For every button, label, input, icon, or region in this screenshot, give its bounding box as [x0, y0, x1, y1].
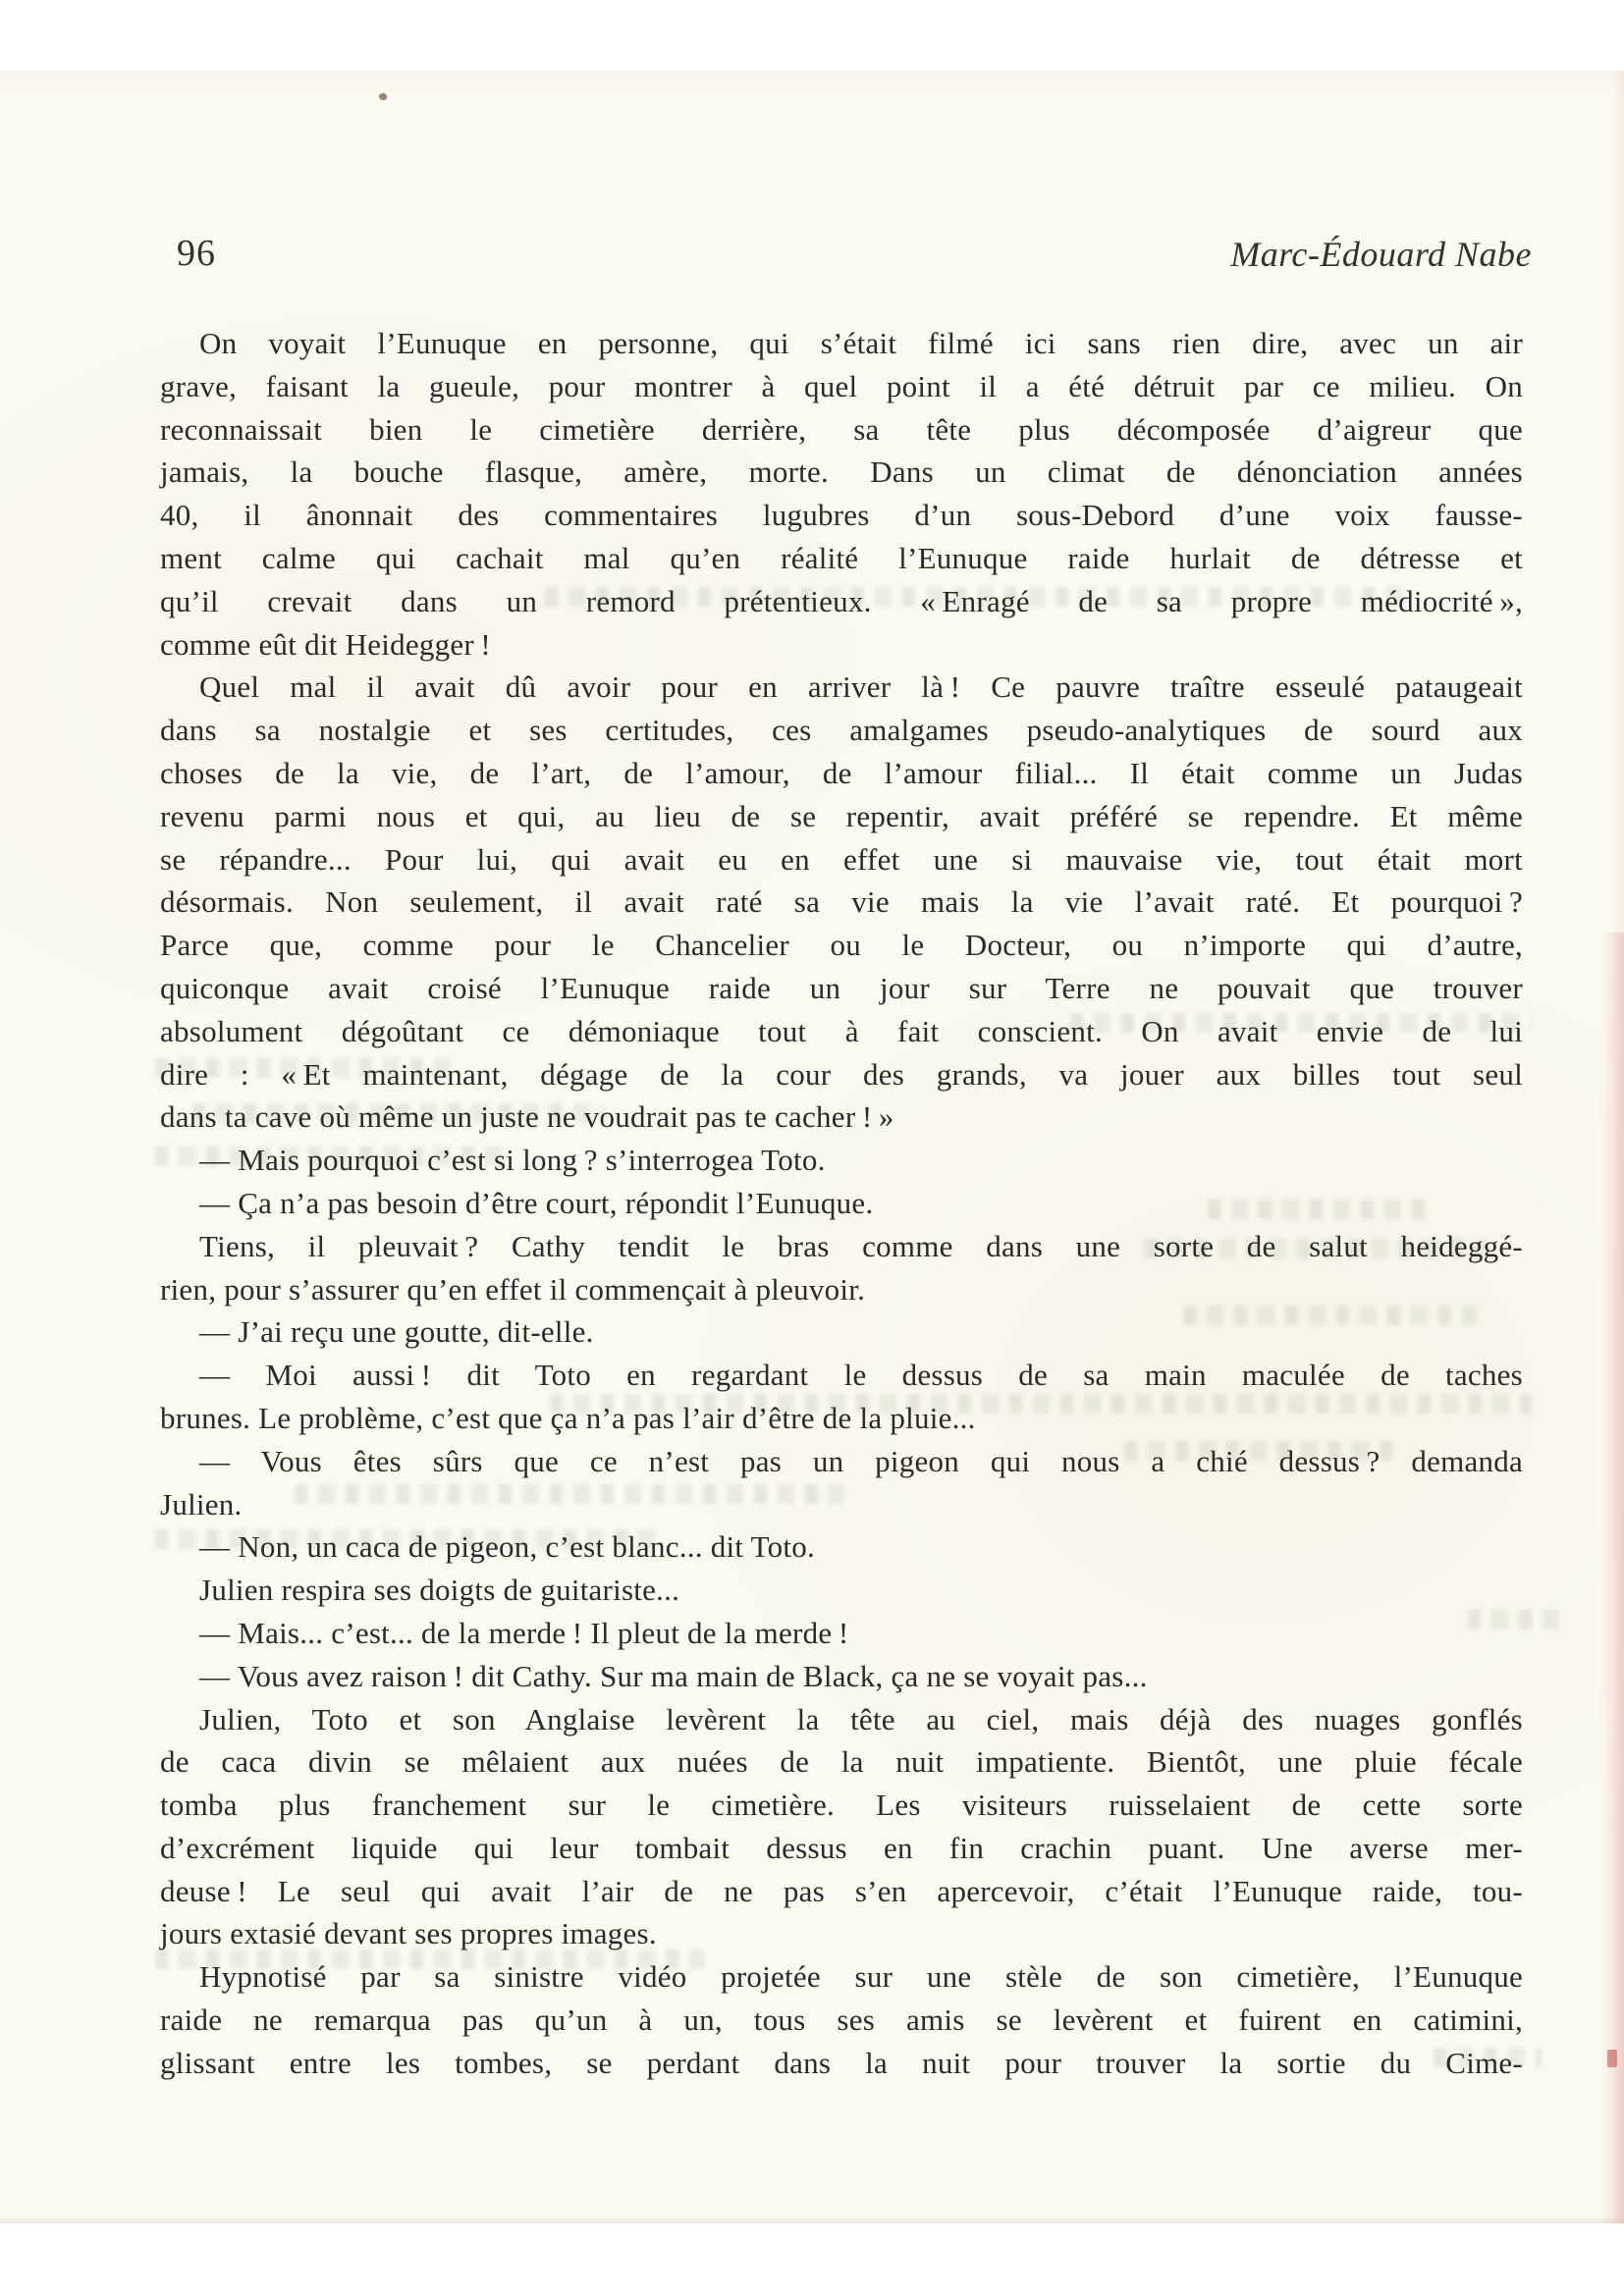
text-line: 40, il ânonnait des commentaires lugubre… — [160, 494, 1523, 537]
text-line: dans ta cave où même un juste ne voudrai… — [160, 1095, 1523, 1139]
text-line: Julien respira ses doigts de guitariste.… — [160, 1569, 1523, 1612]
page-edge-tint — [1600, 933, 1624, 2223]
text-line: deuse ! Le seul qui avait l’air de ne pa… — [160, 1870, 1523, 1913]
text-line: — J’ai reçu une goutte, dit-elle. — [160, 1310, 1523, 1354]
text-line: choses de la vie, de l’art, de l’amour, … — [160, 752, 1523, 795]
text-line: Quel mal il avait dû avoir pour en arriv… — [160, 666, 1523, 709]
paragraph: Hypnotisé par sa sinistre vidéo projetée… — [160, 1955, 1523, 2084]
text-line: d’excrément liquide qui leur tombait des… — [160, 1827, 1523, 1870]
text-line: — Non, un caca de pigeon, c’est blanc...… — [160, 1525, 1523, 1569]
text-line: Julien. — [160, 1483, 1523, 1526]
paragraph: Julien, Toto et son Anglaise levèrent la… — [160, 1698, 1523, 1956]
text-line: désormais. Non seulement, il avait raté … — [160, 881, 1523, 924]
text-line: dire : « Et maintenant, dégage de la cou… — [160, 1053, 1523, 1096]
text-line: ment calme qui cachait mal qu’en réalité… — [160, 537, 1523, 580]
running-header-author: Marc-Édouard Nabe — [1230, 234, 1532, 275]
text-line: grave, faisant la gueule, pour montrer à… — [160, 365, 1523, 408]
paragraph: Tiens, il pleuvait ? Cathy tendit le bra… — [160, 1225, 1523, 1311]
text-line: de caca divin se mêlaient aux nuées de l… — [160, 1740, 1523, 1784]
paragraph: — Vous êtes sûrs que ce n’est pas un pig… — [160, 1440, 1523, 1526]
paragraph: — Mais... c’est... de la merde ! Il pleu… — [160, 1612, 1523, 1655]
book-page-scan: 96 Marc-Édouard Nabe On voyait l’Eunuque… — [0, 0, 1624, 2296]
text-line: jours extasié devant ses propres images. — [160, 1912, 1523, 1955]
body-text: On voyait l’Eunuque en personne, qui s’é… — [160, 322, 1523, 2085]
text-line: absolument dégoûtant ce démoniaque tout … — [160, 1010, 1523, 1053]
paragraph: — Ça n’a pas besoin d’être court, répond… — [160, 1182, 1523, 1225]
paragraph: Quel mal il avait dû avoir pour en arriv… — [160, 666, 1523, 1139]
text-line: glissant entre les tombes, se perdant da… — [160, 2042, 1523, 2085]
text-line: dans sa nostalgie et ses certitudes, ces… — [160, 709, 1523, 752]
text-line: Julien, Toto et son Anglaise levèrent la… — [160, 1698, 1523, 1741]
text-line: — Mais pourquoi c’est si long ? s’interr… — [160, 1139, 1523, 1182]
text-line: Hypnotisé par sa sinistre vidéo projetée… — [160, 1955, 1523, 1999]
paragraph: — Vous avez raison ! dit Cathy. Sur ma m… — [160, 1655, 1523, 1698]
text-line: — Moi aussi ! dit Toto en regardant le d… — [160, 1354, 1523, 1397]
text-line: Parce que, comme pour le Chancelier ou l… — [160, 924, 1523, 967]
text-line: revenu parmi nous et qui, au lieu de se … — [160, 795, 1523, 838]
text-line: qu’il crevait dans un remord prétentieux… — [160, 580, 1523, 623]
text-line: raide ne remarqua pas qu’un à un, tous s… — [160, 1999, 1523, 2042]
text-line: — Vous êtes sûrs que ce n’est pas un pig… — [160, 1440, 1523, 1483]
paragraph: — Moi aussi ! dit Toto en regardant le d… — [160, 1354, 1523, 1440]
text-line: se répandre... Pour lui, qui avait eu en… — [160, 838, 1523, 881]
text-line: — Vous avez raison ! dit Cathy. Sur ma m… — [160, 1655, 1523, 1698]
text-line: tomba plus franchement sur le cimetière.… — [160, 1784, 1523, 1827]
text-line: Tiens, il pleuvait ? Cathy tendit le bra… — [160, 1225, 1523, 1268]
paragraph: — Mais pourquoi c’est si long ? s’interr… — [160, 1139, 1523, 1182]
text-line: On voyait l’Eunuque en personne, qui s’é… — [160, 322, 1523, 365]
paragraph: Julien respira ses doigts de guitariste.… — [160, 1569, 1523, 1612]
text-line: — Ça n’a pas besoin d’être court, répond… — [160, 1182, 1523, 1225]
red-mark — [1607, 2050, 1617, 2067]
paragraph: — J’ai reçu une goutte, dit-elle. — [160, 1310, 1523, 1354]
text-line: — Mais... c’est... de la merde ! Il pleu… — [160, 1612, 1523, 1655]
page-number: 96 — [177, 232, 216, 275]
paragraph: — Non, un caca de pigeon, c’est blanc...… — [160, 1525, 1523, 1569]
text-line: comme eût dit Heidegger ! — [160, 623, 1523, 667]
text-line: quiconque avait croisé l’Eunuque raide u… — [160, 967, 1523, 1010]
text-line: brunes. Le problème, c’est que ça n’a pa… — [160, 1397, 1523, 1440]
text-line: jamais, la bouche flasque, amère, morte.… — [160, 451, 1523, 494]
scan-speck — [379, 93, 387, 100]
text-line: rien, pour s’assurer qu’en effet il comm… — [160, 1268, 1523, 1311]
text-line: reconnaissait bien le cimetière derrière… — [160, 408, 1523, 452]
paragraph: On voyait l’Eunuque en personne, qui s’é… — [160, 322, 1523, 666]
